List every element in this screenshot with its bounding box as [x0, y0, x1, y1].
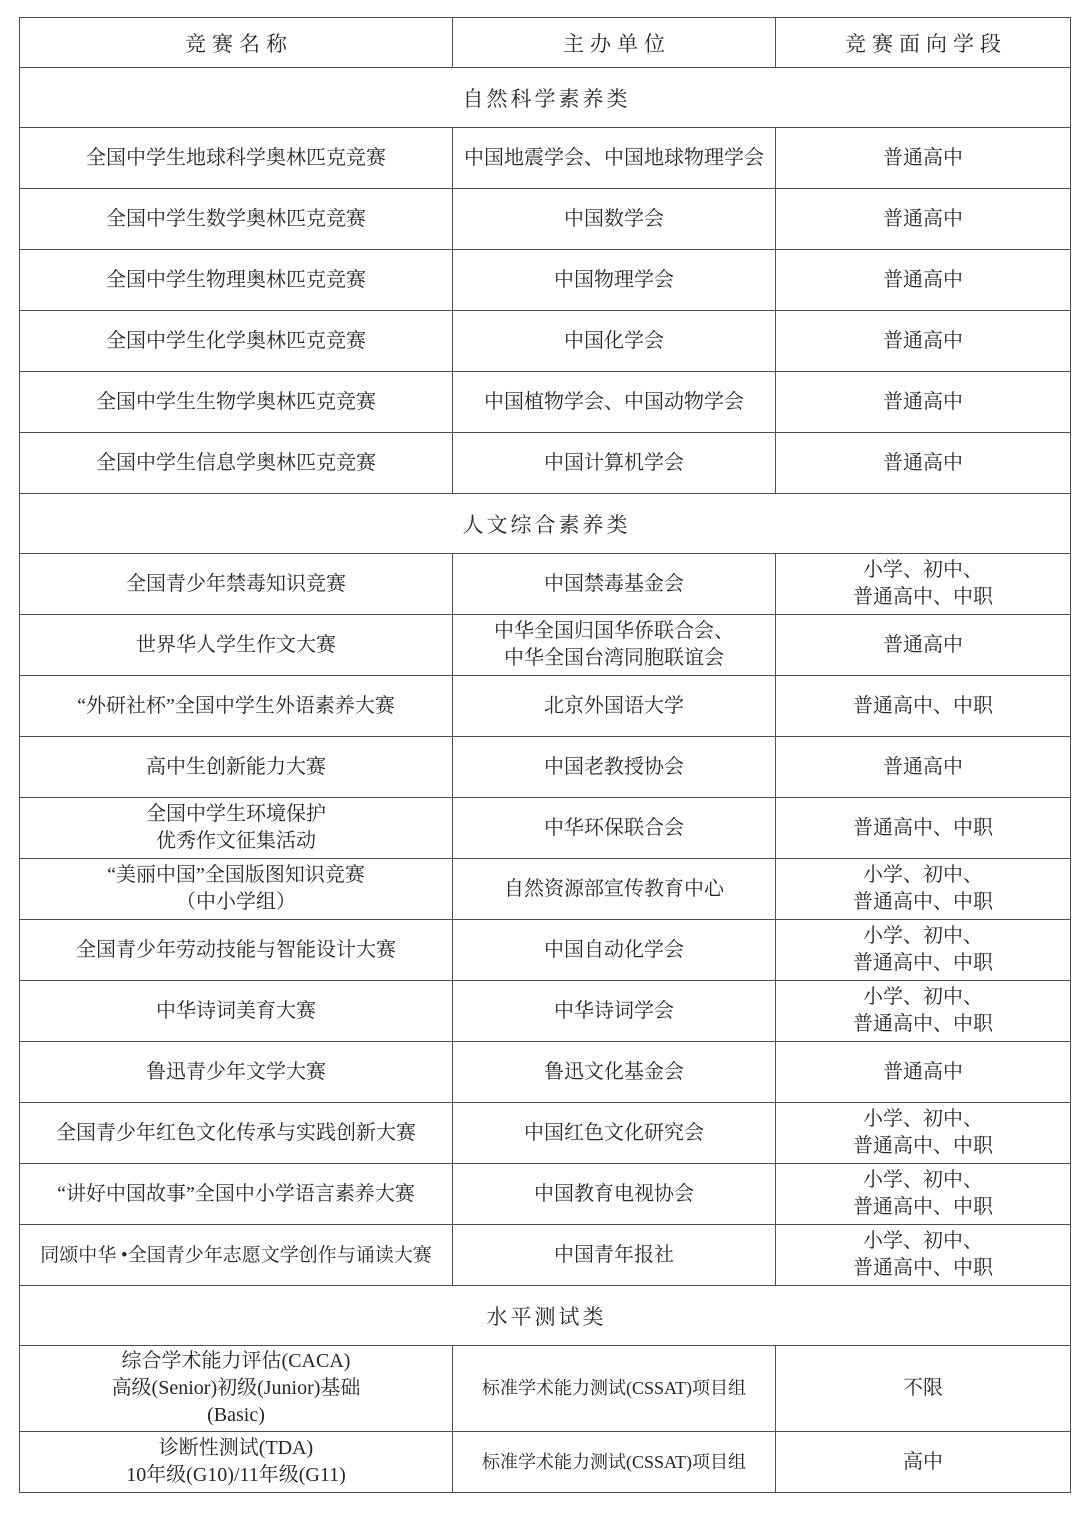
- table-row: “美丽中国”全国版图知识竞赛 （中小学组） 自然资源部宣传教育中心 小学、初中、…: [20, 859, 1071, 920]
- table-row: “讲好中国故事”全国中小学语言素养大赛 中国教育电视协会 小学、初中、 普通高中…: [20, 1164, 1071, 1225]
- table-row: 中华诗词美育大赛 中华诗词学会 小学、初中、 普通高中、中职: [20, 981, 1071, 1042]
- cell-stage: 普通高中: [776, 189, 1071, 250]
- cell-organizer: 中国禁毒基金会: [453, 554, 776, 615]
- cell-competition-name: 全国中学生数学奥林匹克竞赛: [20, 189, 453, 250]
- column-header-competition-name: 竞赛名称: [20, 18, 453, 68]
- table-row: 鲁迅青少年文学大赛 鲁迅文化基金会 普通高中: [20, 1042, 1071, 1103]
- cell-stage: 普通高中、中职: [776, 798, 1071, 859]
- cell-organizer: 自然资源部宣传教育中心: [453, 859, 776, 920]
- cell-stage: 小学、初中、 普通高中、中职: [776, 859, 1071, 920]
- cell-competition-name: 综合学术能力评估(CACA) 高级(Senior)初级(Junior)基础 (B…: [20, 1346, 453, 1432]
- table-row: 全国中学生物理奥林匹克竞赛 中国物理学会 普通高中: [20, 250, 1071, 311]
- cell-competition-name: 高中生创新能力大赛: [20, 737, 453, 798]
- table-row: 全国中学生信息学奥林匹克竞赛 中国计算机学会 普通高中: [20, 433, 1071, 494]
- cell-competition-name: “美丽中国”全国版图知识竞赛 （中小学组）: [20, 859, 453, 920]
- cell-organizer: 中国化学会: [453, 311, 776, 372]
- cell-competition-name: 诊断性测试(TDA) 10年级(G10)/11年级(G11): [20, 1432, 453, 1493]
- section-row-tests: 水平测试类: [20, 1286, 1071, 1346]
- header-row: 竞赛名称 主办单位 竞赛面向学段: [20, 18, 1071, 68]
- cell-competition-name: “外研社杯”全国中学生外语素养大赛: [20, 676, 453, 737]
- cell-organizer: 中华环保联合会: [453, 798, 776, 859]
- cell-stage: 普通高中: [776, 737, 1071, 798]
- cell-stage: 普通高中: [776, 615, 1071, 676]
- cell-stage: 普通高中: [776, 311, 1071, 372]
- cell-competition-name: 全国青少年红色文化传承与实践创新大赛: [20, 1103, 453, 1164]
- section-row-science: 自然科学素养类: [20, 68, 1071, 128]
- table-row: 全国青少年红色文化传承与实践创新大赛 中国红色文化研究会 小学、初中、 普通高中…: [20, 1103, 1071, 1164]
- table-row: 全国中学生环境保护 优秀作文征集活动 中华环保联合会 普通高中、中职: [20, 798, 1071, 859]
- table-row: 世界华人学生作文大赛 中华全国归国华侨联合会、 中华全国台湾同胞联谊会 普通高中: [20, 615, 1071, 676]
- competition-table: 竞赛名称 主办单位 竞赛面向学段 自然科学素养类 全国中学生地球科学奥林匹克竞赛…: [19, 17, 1071, 1493]
- cell-organizer: 中国教育电视协会: [453, 1164, 776, 1225]
- section-row-humanities: 人文综合素养类: [20, 494, 1071, 554]
- cell-stage: 普通高中、中职: [776, 676, 1071, 737]
- cell-stage: 高中: [776, 1432, 1071, 1493]
- cell-competition-name: 全国中学生地球科学奥林匹克竞赛: [20, 128, 453, 189]
- cell-competition-name: 全国中学生信息学奥林匹克竞赛: [20, 433, 453, 494]
- cell-competition-name: 全国青少年禁毒知识竞赛: [20, 554, 453, 615]
- cell-organizer: 中国计算机学会: [453, 433, 776, 494]
- cell-stage: 普通高中: [776, 128, 1071, 189]
- cell-competition-name: 全国中学生化学奥林匹克竞赛: [20, 311, 453, 372]
- cell-organizer: 中国地震学会、中国地球物理学会: [453, 128, 776, 189]
- section-title: 水平测试类: [20, 1286, 1071, 1346]
- cell-stage: 不限: [776, 1346, 1071, 1432]
- cell-competition-name: 全国中学生物理奥林匹克竞赛: [20, 250, 453, 311]
- table-row: 全国中学生生物学奥林匹克竞赛 中国植物学会、中国动物学会 普通高中: [20, 372, 1071, 433]
- table-row: “外研社杯”全国中学生外语素养大赛 北京外国语大学 普通高中、中职: [20, 676, 1071, 737]
- cell-organizer: 中华全国归国华侨联合会、 中华全国台湾同胞联谊会: [453, 615, 776, 676]
- table-row: 全国中学生地球科学奥林匹克竞赛 中国地震学会、中国地球物理学会 普通高中: [20, 128, 1071, 189]
- table-row: 全国中学生化学奥林匹克竞赛 中国化学会 普通高中: [20, 311, 1071, 372]
- cell-organizer: 鲁迅文化基金会: [453, 1042, 776, 1103]
- cell-organizer: 中国自动化学会: [453, 920, 776, 981]
- cell-organizer: 中国数学会: [453, 189, 776, 250]
- cell-competition-name: 全国中学生生物学奥林匹克竞赛: [20, 372, 453, 433]
- document-page: 竞赛名称 主办单位 竞赛面向学段 自然科学素养类 全国中学生地球科学奥林匹克竞赛…: [0, 0, 1080, 1516]
- column-header-stage: 竞赛面向学段: [776, 18, 1071, 68]
- cell-organizer: 标准学术能力测试(CSSAT)项目组: [453, 1346, 776, 1432]
- cell-organizer: 中华诗词学会: [453, 981, 776, 1042]
- cell-competition-name: 全国中学生环境保护 优秀作文征集活动: [20, 798, 453, 859]
- cell-competition-name: 中华诗词美育大赛: [20, 981, 453, 1042]
- cell-stage: 普通高中: [776, 250, 1071, 311]
- cell-stage: 普通高中: [776, 372, 1071, 433]
- table-row: 全国中学生数学奥林匹克竞赛 中国数学会 普通高中: [20, 189, 1071, 250]
- cell-stage: 小学、初中、 普通高中、中职: [776, 1225, 1071, 1286]
- cell-organizer: 中国红色文化研究会: [453, 1103, 776, 1164]
- cell-stage: 小学、初中、 普通高中、中职: [776, 554, 1071, 615]
- cell-competition-name: 世界华人学生作文大赛: [20, 615, 453, 676]
- table-row: 高中生创新能力大赛 中国老教授协会 普通高中: [20, 737, 1071, 798]
- cell-stage: 小学、初中、 普通高中、中职: [776, 1103, 1071, 1164]
- cell-competition-name: “讲好中国故事”全国中小学语言素养大赛: [20, 1164, 453, 1225]
- table-row: 全国青少年禁毒知识竞赛 中国禁毒基金会 小学、初中、 普通高中、中职: [20, 554, 1071, 615]
- cell-organizer: 标准学术能力测试(CSSAT)项目组: [453, 1432, 776, 1493]
- cell-stage: 小学、初中、 普通高中、中职: [776, 1164, 1071, 1225]
- cell-organizer: 中国青年报社: [453, 1225, 776, 1286]
- cell-organizer: 中国植物学会、中国动物学会: [453, 372, 776, 433]
- cell-stage: 小学、初中、 普通高中、中职: [776, 981, 1071, 1042]
- cell-competition-name: 全国青少年劳动技能与智能设计大赛: [20, 920, 453, 981]
- cell-organizer: 中国老教授协会: [453, 737, 776, 798]
- section-title: 自然科学素养类: [20, 68, 1071, 128]
- cell-organizer: 中国物理学会: [453, 250, 776, 311]
- table-row: 同颂中华 •全国青少年志愿文学创作与诵读大赛 中国青年报社 小学、初中、 普通高…: [20, 1225, 1071, 1286]
- cell-stage: 普通高中: [776, 433, 1071, 494]
- cell-competition-name: 同颂中华 •全国青少年志愿文学创作与诵读大赛: [20, 1225, 453, 1286]
- table-row: 全国青少年劳动技能与智能设计大赛 中国自动化学会 小学、初中、 普通高中、中职: [20, 920, 1071, 981]
- section-title: 人文综合素养类: [20, 494, 1071, 554]
- column-header-organizer: 主办单位: [453, 18, 776, 68]
- table-row: 综合学术能力评估(CACA) 高级(Senior)初级(Junior)基础 (B…: [20, 1346, 1071, 1432]
- table-row: 诊断性测试(TDA) 10年级(G10)/11年级(G11) 标准学术能力测试(…: [20, 1432, 1071, 1493]
- cell-organizer: 北京外国语大学: [453, 676, 776, 737]
- cell-stage: 普通高中: [776, 1042, 1071, 1103]
- cell-competition-name: 鲁迅青少年文学大赛: [20, 1042, 453, 1103]
- cell-stage: 小学、初中、 普通高中、中职: [776, 920, 1071, 981]
